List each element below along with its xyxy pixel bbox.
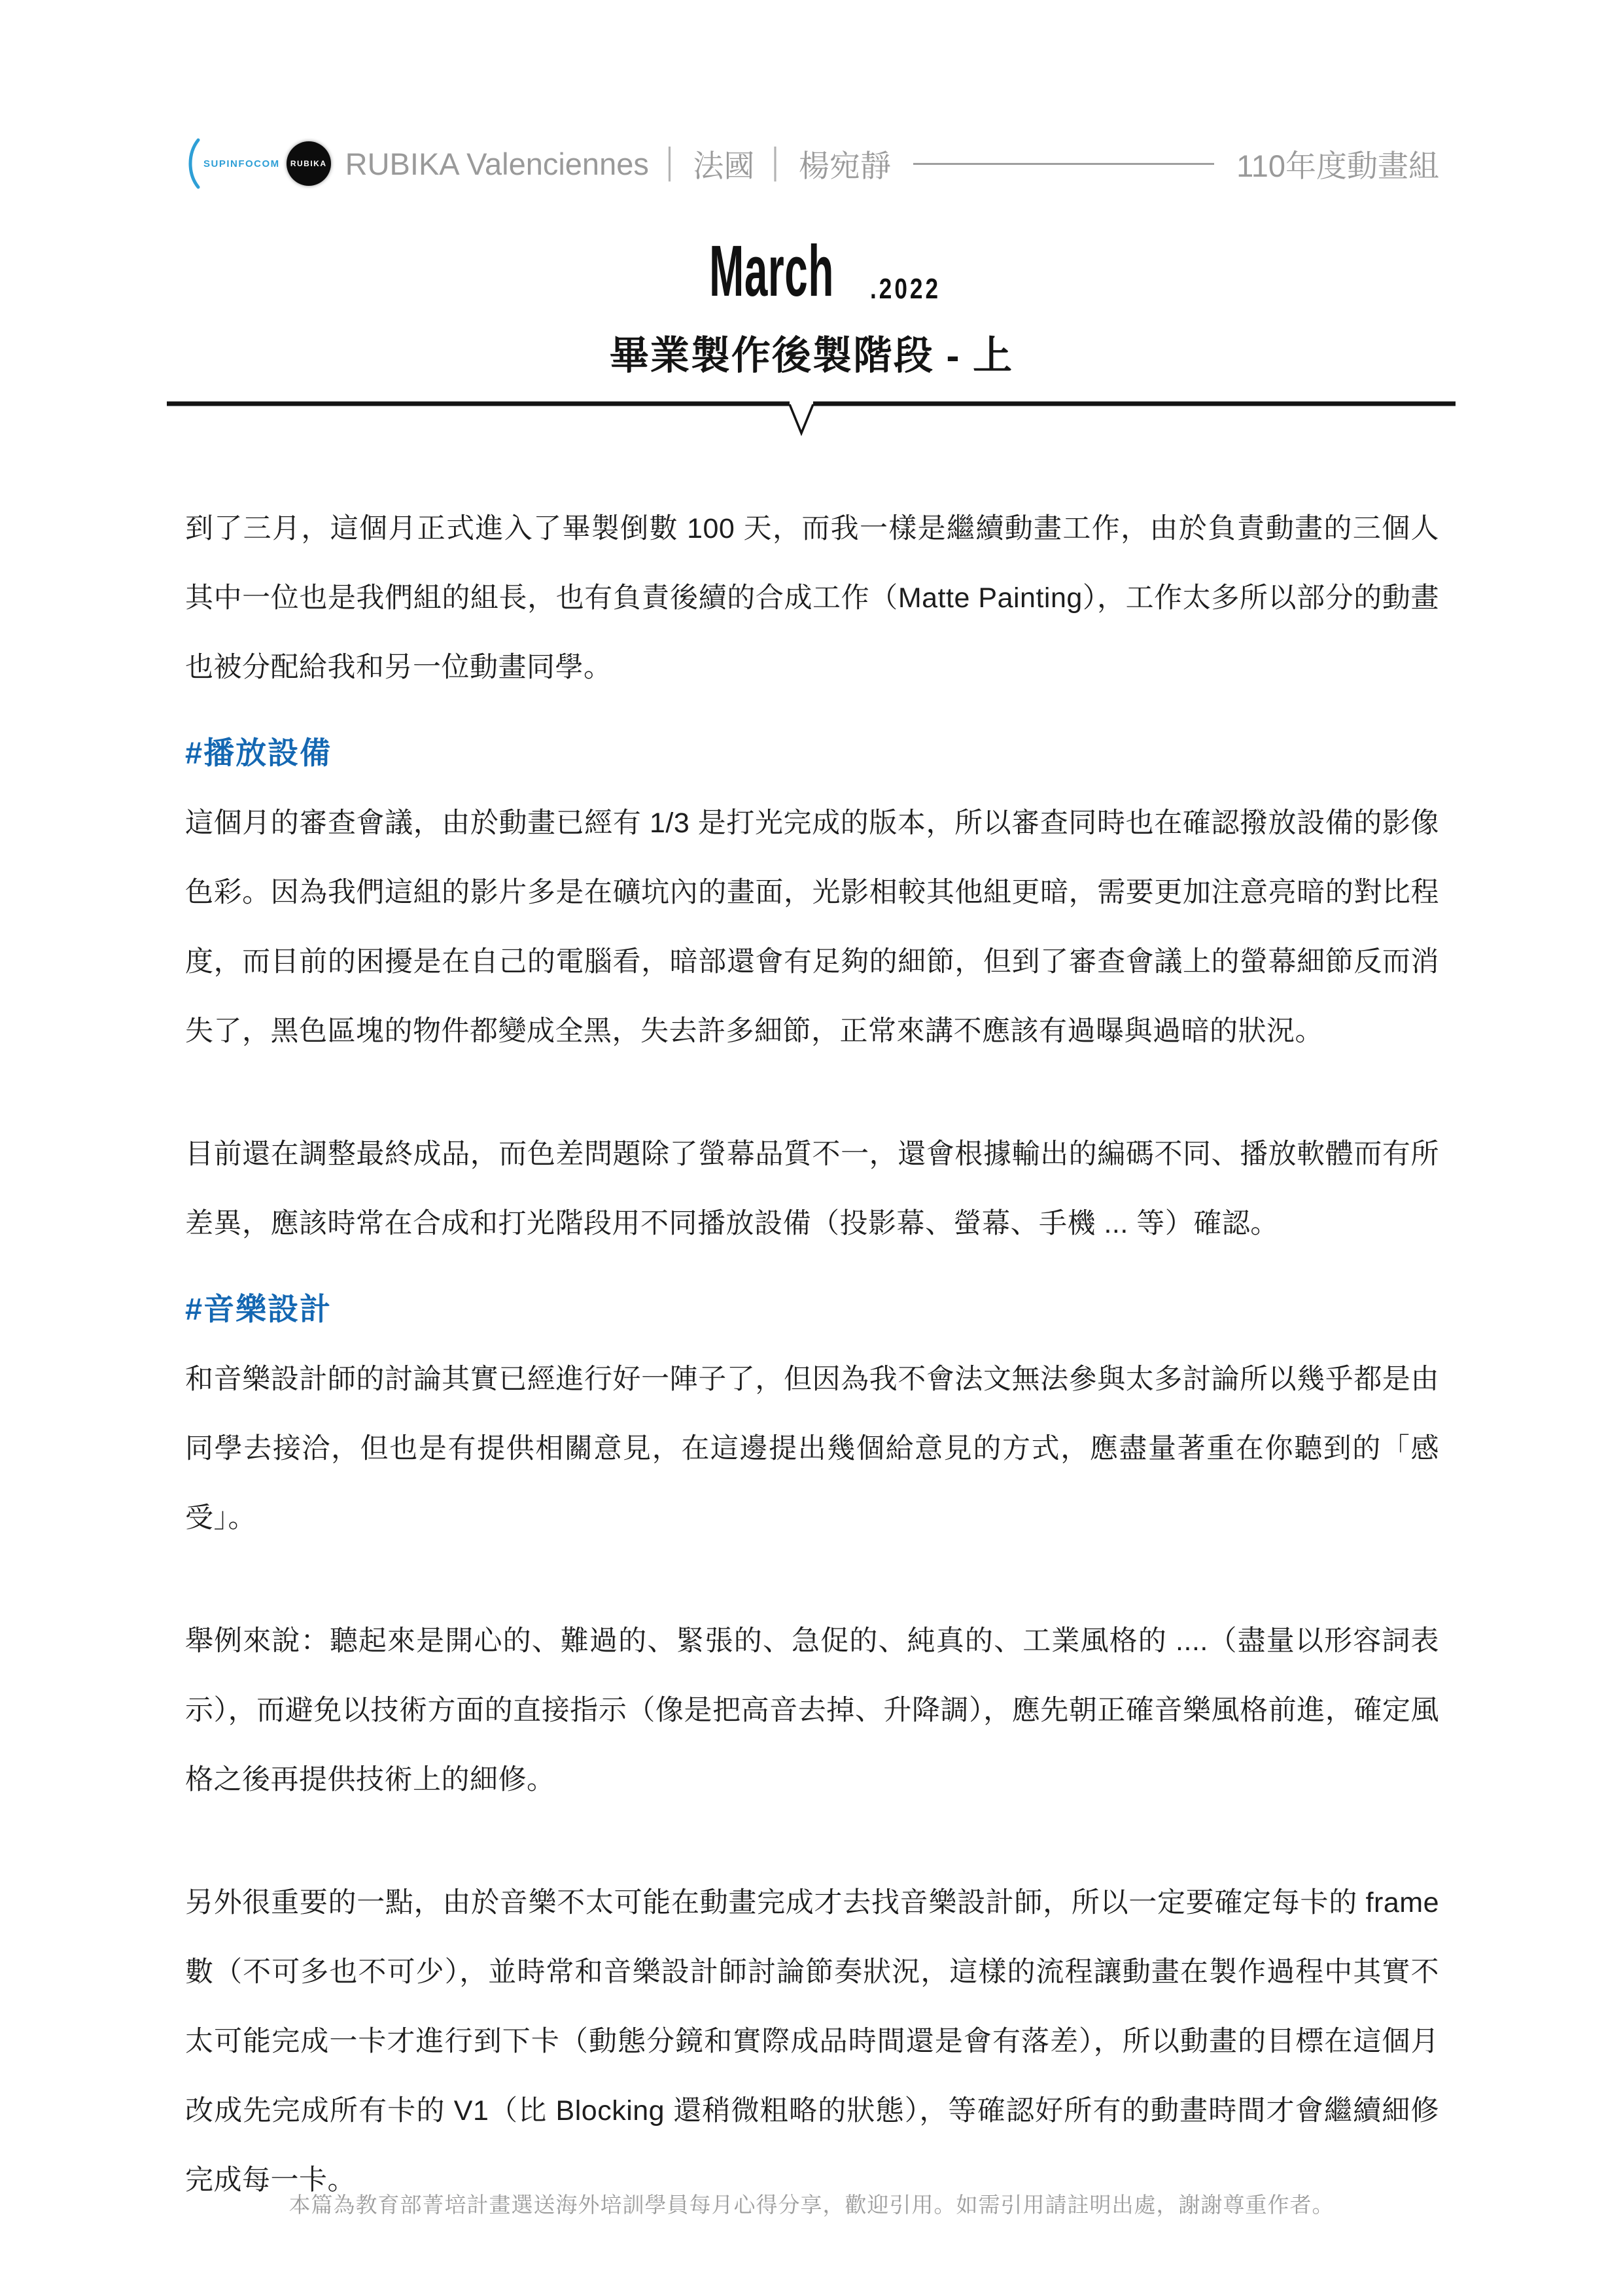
paragraph: 舉例來說：聽起來是開心的、難過的、緊張的、急促的、純真的、工業風格的 ....（…: [185, 1606, 1439, 1814]
paragraph: 另外很重要的一點，由於音樂不太可能在動畫完成才去找音樂設計師，所以一定要確定每卡…: [185, 1868, 1439, 2215]
paragraph: 和音樂設計師的討論其實已經進行好一陣子了，但因為我不會法文無法參與太多討論所以幾…: [185, 1345, 1439, 1553]
header-byline: RUBIKA Valenciennes │ 法國 │ 楊宛靜: [345, 142, 891, 186]
title-divider-rule: [167, 400, 1456, 437]
header-group-label: 110年度動畫組: [1236, 142, 1439, 186]
section-heading-playback: #播放設備: [185, 735, 1439, 771]
section-heading-music: #音樂設計: [185, 1291, 1439, 1328]
intro-paragraph: 到了三月，這個月正式進入了畢製倒數 100 天，而我一樣是繼續動畫工作，由於負責…: [185, 494, 1439, 702]
supinfocom-logo-text: SUPINFOCOM: [203, 158, 280, 169]
footer-note: 本篇為教育部菁培計畫選送海外培訓學員每月心得分享，歡迎引用。如需引用請註明出處，…: [0, 2188, 1623, 2219]
title-block: March .2022 畢業製作後製階段 - 上: [0, 236, 1623, 381]
title-month: March: [710, 236, 835, 308]
page-header: SUPINFOCOM RUBIKA RUBIKA Valenciennes │ …: [185, 134, 1439, 193]
section-playback: #播放設備 這個月的審查會議，由於動畫已經有 1/3 是打光完成的版本，所以審查…: [185, 735, 1439, 1258]
header-school: RUBIKA Valenciennes: [345, 146, 649, 182]
separator-bar: │: [649, 147, 693, 180]
header-rule: [913, 163, 1214, 165]
article-body: 到了三月，這個月正式進入了畢製倒數 100 天，而我一樣是繼續動畫工作，由於負責…: [185, 494, 1439, 2215]
title-year: .2022: [870, 275, 941, 304]
rubika-badge: RUBIKA: [287, 141, 331, 186]
section-music: #音樂設計 和音樂設計師的討論其實已經進行好一陣子了，但因為我不會法文無法參與太…: [185, 1291, 1439, 2215]
header-country: 法國: [693, 142, 754, 186]
paragraph: 目前還在調整最終成品，而色差問題除了螢幕品質不一，還會根據輸出的編碼不同、播放軟…: [185, 1120, 1439, 1258]
header-author: 楊宛靜: [799, 142, 891, 186]
paragraph: 這個月的審查會議，由於動畫已經有 1/3 是打光完成的版本，所以審查同時也在確認…: [185, 788, 1439, 1066]
document-page: SUPINFOCOM RUBIKA RUBIKA Valenciennes │ …: [0, 0, 1623, 2296]
page-title: 畢業製作後製階段 - 上: [610, 325, 1013, 381]
title-month-line: March .2022: [664, 236, 958, 308]
school-logo: SUPINFOCOM RUBIKA: [185, 136, 331, 191]
supinfocom-arc-icon: [185, 136, 201, 191]
separator-bar: │: [754, 147, 799, 180]
